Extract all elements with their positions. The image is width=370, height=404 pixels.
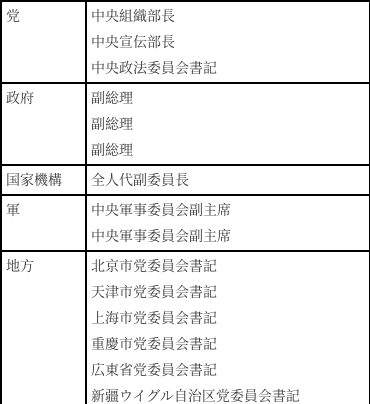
value-line: 広東省党委員会書記 (91, 357, 365, 383)
value-line: 天津市党委員会書記 (91, 279, 365, 305)
value-cell: 中央組織部長中央宣伝部長中央政法委員会書記 (86, 1, 370, 83)
category-label: 国家機構 (6, 167, 81, 193)
value-line: 副総理 (91, 85, 365, 111)
value-cell: 副総理副総理副総理 (86, 83, 370, 165)
table-row: 軍中央軍事委員会副主席中央軍事委員会副主席 (1, 195, 370, 251)
category-cell: 党 (1, 1, 86, 83)
category-position-table: 党中央組織部長中央宣伝部長中央政法委員会書記政府副総理副総理副総理国家機構全人代… (0, 0, 370, 404)
value-line: 中央軍事委員会副主席 (91, 223, 365, 249)
value-line: 上海市党委員会書記 (91, 305, 365, 331)
table-row: 国家機構全人代副委員長 (1, 165, 370, 195)
category-label: 地方 (6, 253, 81, 279)
table-row: 地方北京市党委員会書記天津市党委員会書記上海市党委員会書記重慶市党委員会書記広東… (1, 251, 370, 404)
value-line: 中央組織部長 (91, 3, 365, 29)
value-line: 新疆ウイグル自治区党委員会書記 (91, 383, 365, 404)
value-line: 重慶市党委員会書記 (91, 331, 365, 357)
value-cell: 全人代副委員長 (86, 165, 370, 195)
category-label: 政府 (6, 85, 81, 111)
value-line: 北京市党委員会書記 (91, 253, 365, 279)
category-cell: 地方 (1, 251, 86, 404)
category-label: 党 (6, 3, 81, 29)
value-line: 副総理 (91, 137, 365, 163)
value-line: 全人代副委員長 (91, 167, 365, 193)
category-cell: 国家機構 (1, 165, 86, 195)
table-row: 政府副総理副総理副総理 (1, 83, 370, 165)
value-line: 中央軍事委員会副主席 (91, 197, 365, 223)
value-line: 副総理 (91, 111, 365, 137)
category-cell: 軍 (1, 195, 86, 251)
category-label: 軍 (6, 197, 81, 223)
table-body: 党中央組織部長中央宣伝部長中央政法委員会書記政府副総理副総理副総理国家機構全人代… (1, 1, 370, 404)
value-line: 中央政法委員会書記 (91, 55, 365, 81)
category-cell: 政府 (1, 83, 86, 165)
value-line: 中央宣伝部長 (91, 29, 365, 55)
table-row: 党中央組織部長中央宣伝部長中央政法委員会書記 (1, 1, 370, 83)
value-cell: 中央軍事委員会副主席中央軍事委員会副主席 (86, 195, 370, 251)
value-cell: 北京市党委員会書記天津市党委員会書記上海市党委員会書記重慶市党委員会書記広東省党… (86, 251, 370, 404)
